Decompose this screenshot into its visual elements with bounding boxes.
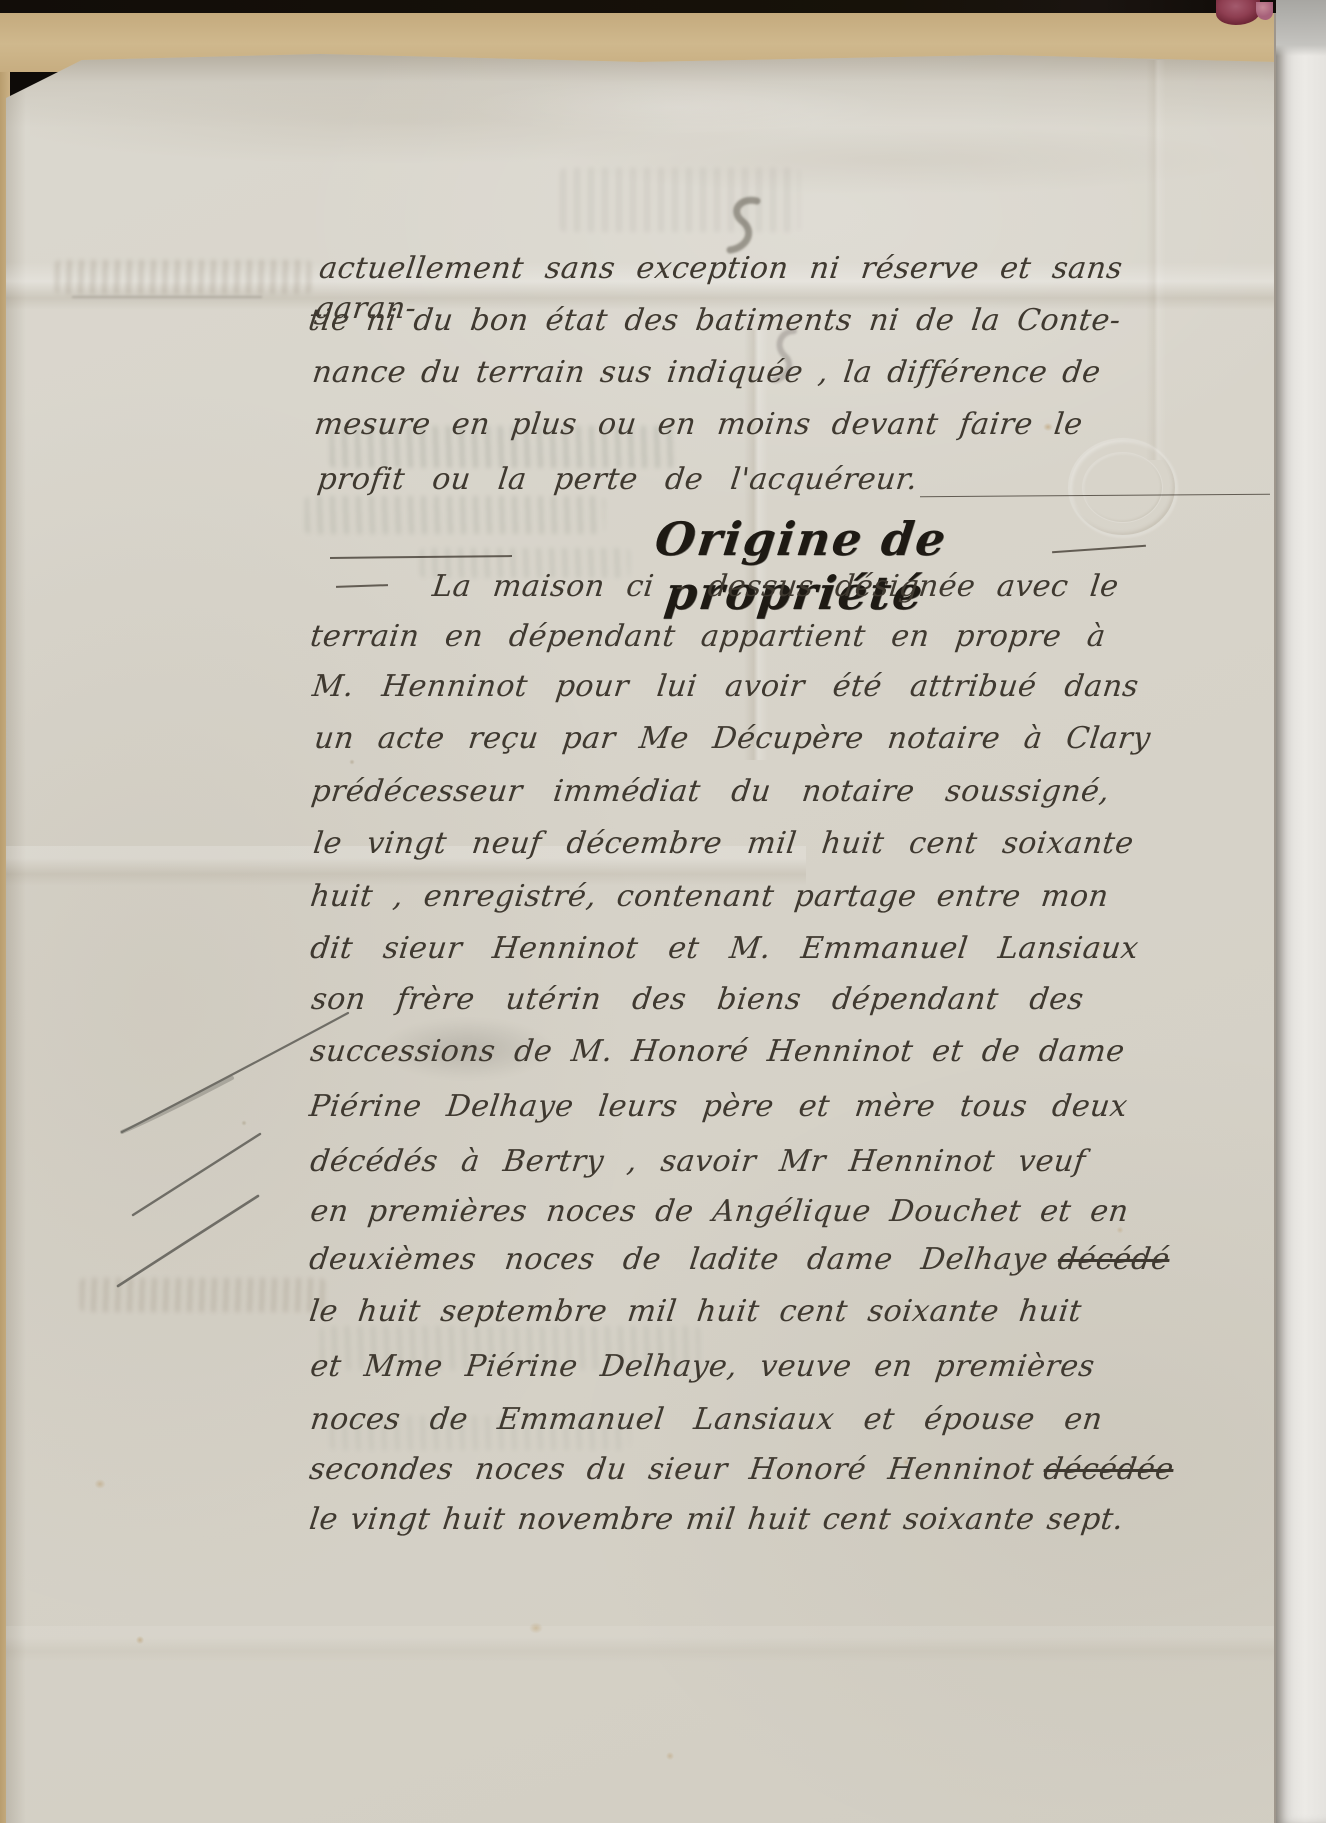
manuscript-line: mesure en plus ou en moins devant faire … bbox=[312, 405, 1085, 445]
manuscript-line: en premières noces de Angélique Douchet … bbox=[308, 1192, 1131, 1232]
ink-showthrough bbox=[55, 260, 311, 294]
struck-word: décédé bbox=[1056, 1242, 1172, 1277]
manuscript-line: le vingt neuf décembre mil huit cent soi… bbox=[311, 824, 1136, 864]
manuscript-line: décédés à Bertry , savoir Mr Henninot ve… bbox=[308, 1142, 1088, 1182]
manuscript-line: M. Henninot pour lui avoir été attribué … bbox=[310, 667, 1141, 707]
embossed-notary-seal bbox=[1068, 438, 1177, 537]
manuscript-line: profit ou la perte de l'acquéreur. bbox=[315, 460, 920, 500]
manuscript-page: Origine de propriété actuellement sans e… bbox=[0, 0, 1326, 1823]
manuscript-line: terrain en dépendant appartient en propr… bbox=[308, 617, 1108, 657]
fold-crease bbox=[1146, 60, 1166, 460]
manuscript-line: La maison ci - dessus désignée avec le bbox=[430, 567, 1121, 607]
manuscript-line: tie ni du bon état des batiments ni de l… bbox=[306, 301, 1123, 341]
manuscript-line: secondes noces du sieur Honoré Henninotd… bbox=[307, 1450, 1176, 1490]
scanned-document: Origine de propriété actuellement sans e… bbox=[0, 0, 1326, 1823]
paper-wrinkles bbox=[30, 62, 1270, 212]
manuscript-line: noces de Emmanuel Lansiaux et épouse en bbox=[308, 1400, 1105, 1440]
ink-showthrough bbox=[560, 168, 800, 232]
adjacent-page-shadow bbox=[1276, 0, 1326, 56]
manuscript-line: huit , enregistré, contenant partage ent… bbox=[308, 877, 1111, 917]
manuscript-line: successions de M. Honoré Henninot et de … bbox=[308, 1032, 1127, 1072]
paragraph-dash bbox=[336, 584, 388, 588]
manuscript-line: le vingt huit novembre mil huit cent soi… bbox=[307, 1500, 1126, 1540]
ink-rule bbox=[1052, 545, 1146, 554]
fold-crease bbox=[6, 1626, 1274, 1662]
manuscript-line: le huit septembre mil huit cent soixante… bbox=[307, 1292, 1084, 1332]
ink-showthrough bbox=[80, 1278, 325, 1312]
struck-word: décédée bbox=[1042, 1452, 1176, 1487]
ink-rule bbox=[330, 555, 512, 559]
adjacent-page-edge bbox=[1274, 0, 1326, 1823]
scanner-edge bbox=[0, 0, 1276, 13]
ink-showthrough bbox=[72, 296, 262, 298]
manuscript-line: prédécesseur immédiat du notaire soussig… bbox=[309, 772, 1112, 812]
manuscript-line: deuxièmes noces de ladite dame Delhayedé… bbox=[307, 1240, 1172, 1280]
manuscript-line: et Mme Piérine Delhaye, veuve en premièr… bbox=[308, 1347, 1097, 1387]
manuscript-line: nance du terrain sus indiquée , la diffé… bbox=[310, 353, 1103, 393]
red-seal-fragment bbox=[1256, 2, 1273, 20]
manuscript-line: dit sieur Henninot et M. Emmanuel Lansia… bbox=[308, 929, 1141, 969]
manuscript-line: Piérine Delhaye leurs père et mère tous … bbox=[307, 1087, 1130, 1127]
manuscript-line: son frère utérin des biens dépendant des bbox=[309, 980, 1086, 1020]
manuscript-line: un acte reçu par Me Décupère notaire à C… bbox=[312, 719, 1153, 759]
